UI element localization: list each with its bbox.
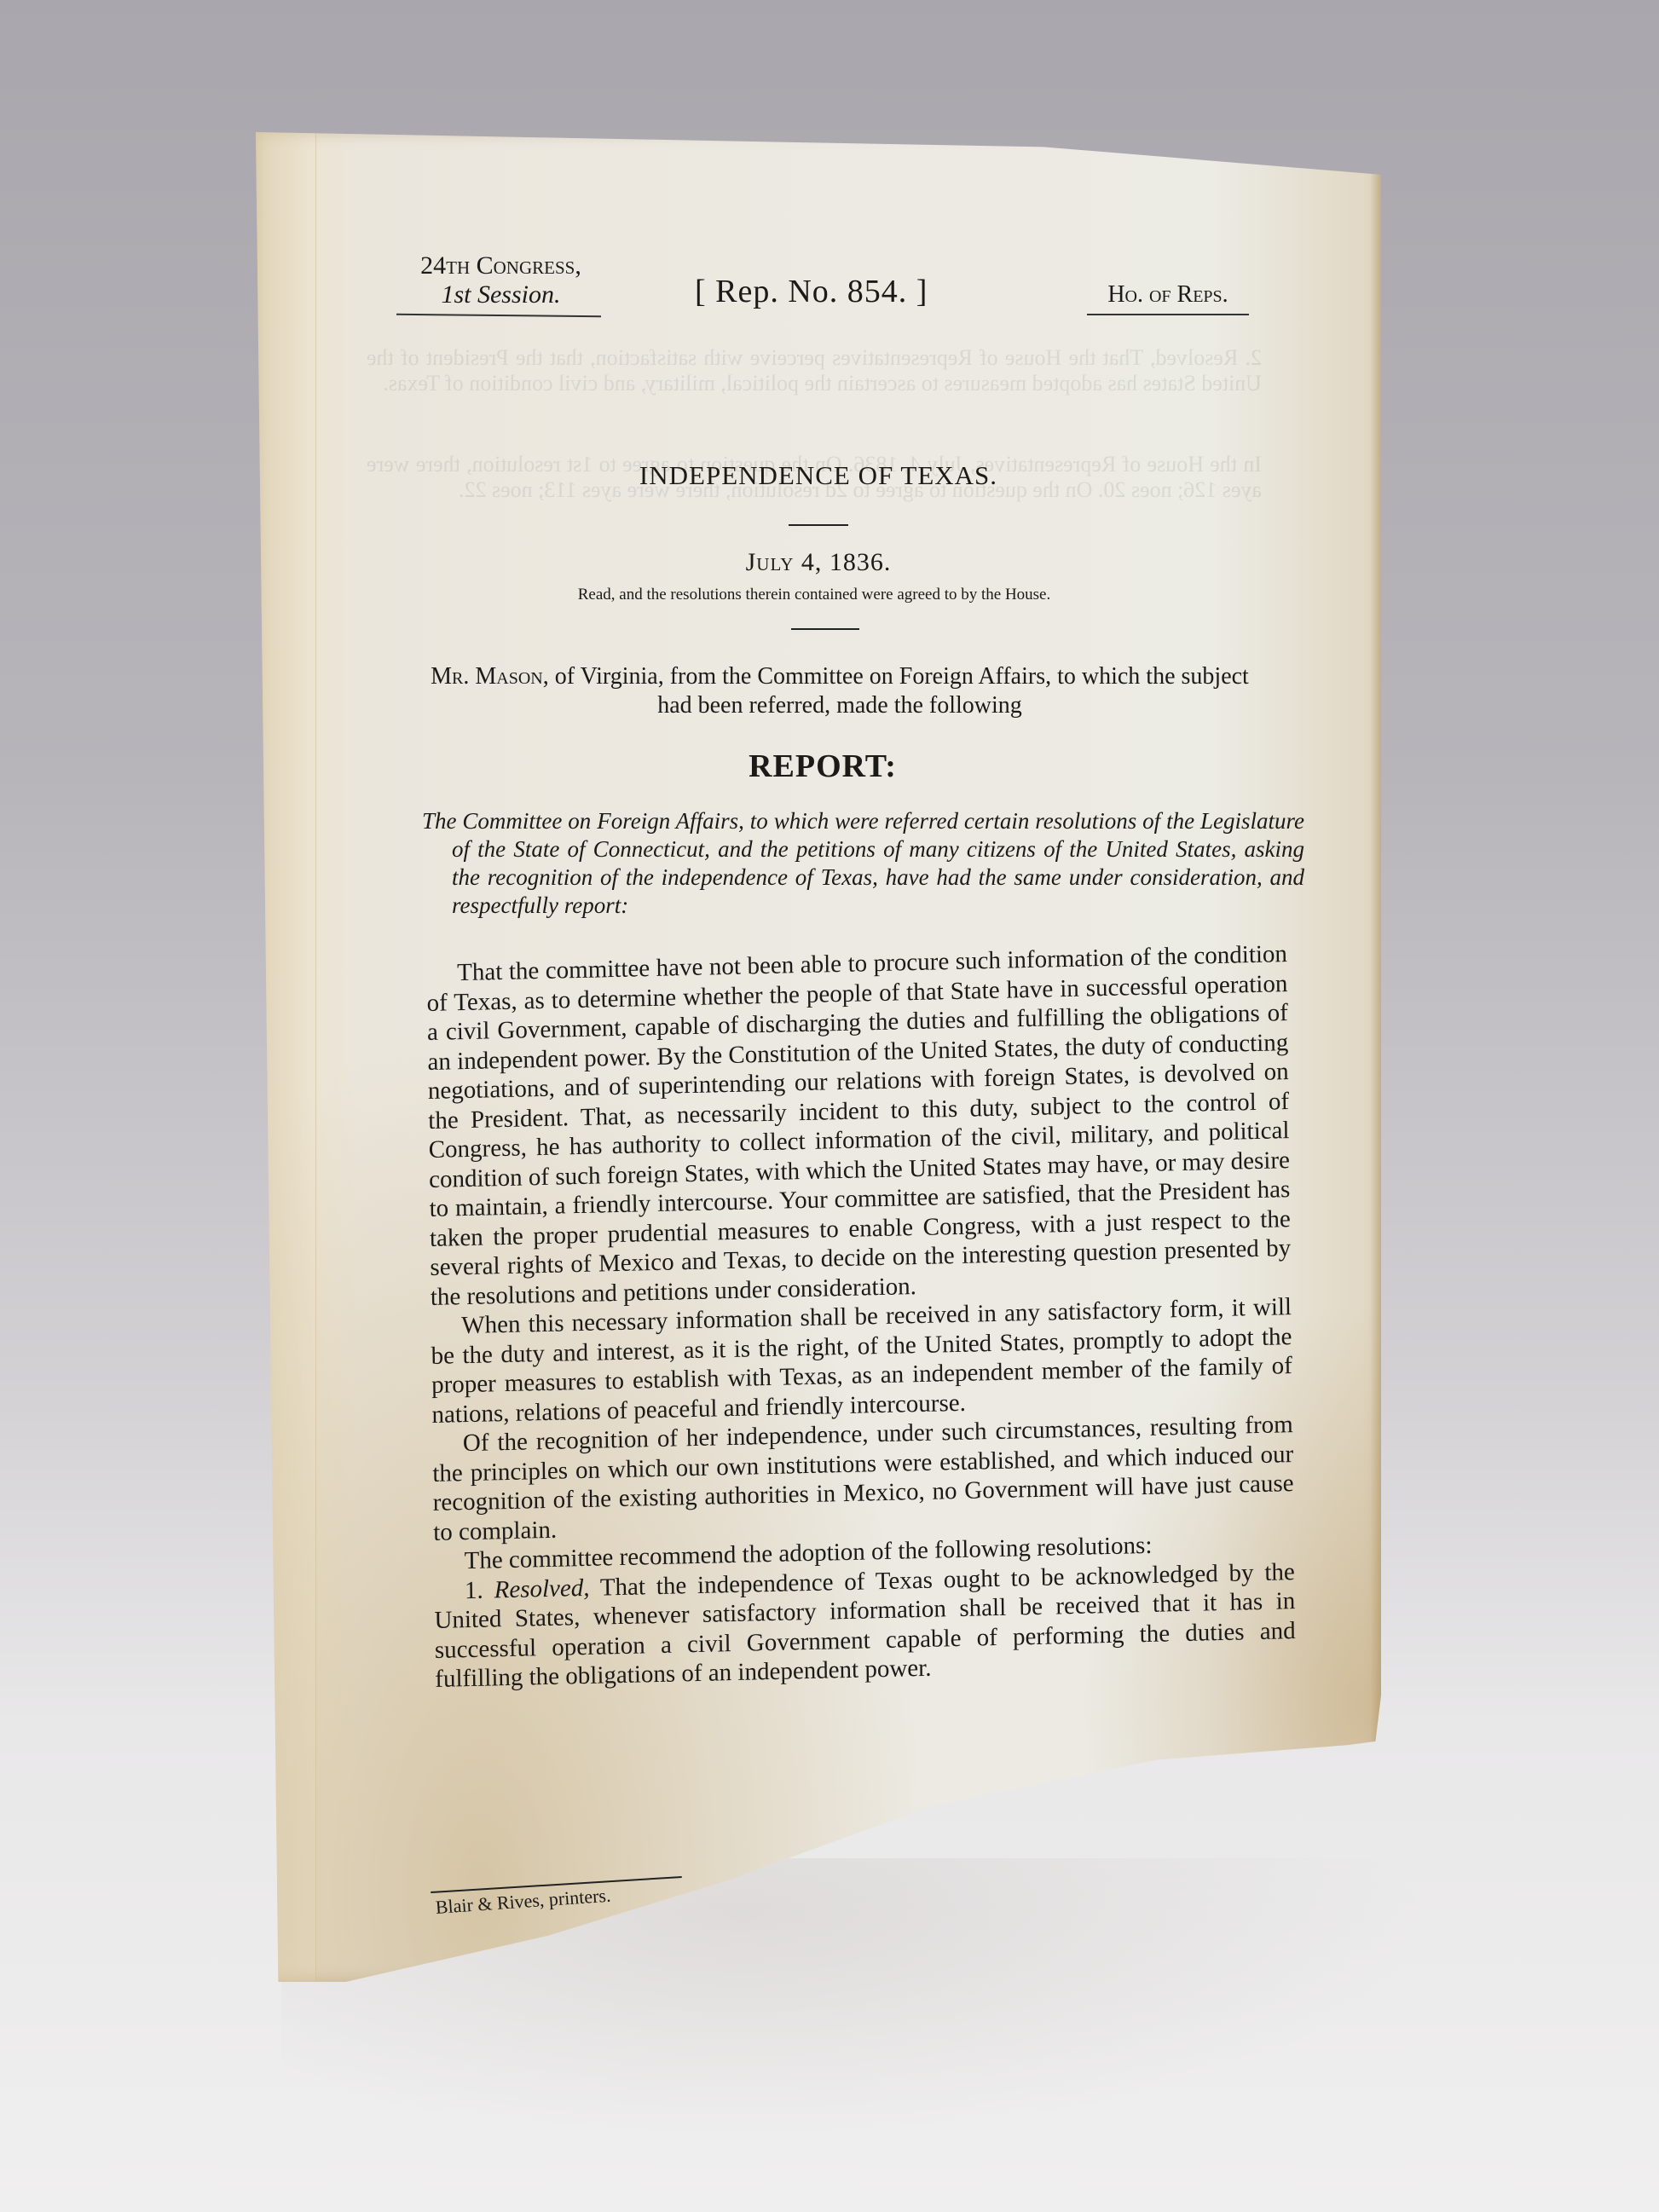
report-heading: REPORT: <box>256 748 1390 785</box>
date-divider <box>791 628 859 630</box>
resolution-number: 1. <box>465 1576 483 1603</box>
document-date: July 4, 1836. <box>256 548 1381 577</box>
chamber-label: Ho. of Reps. <box>1087 281 1249 309</box>
document-title: INDEPENDENCE OF TEXAS. <box>256 460 1381 491</box>
document-content: 24th Congress, 1st Session. [ Rep. No. 8… <box>256 132 1381 1982</box>
resolved-label: Resolved, <box>494 1574 589 1603</box>
congress-session: 24th Congress, 1st Session. <box>392 251 610 316</box>
resolution-1: 1. Resolved, That the independence of Te… <box>434 1557 1296 1695</box>
intro-text: , of Virginia, from the Committee on For… <box>543 663 1249 719</box>
intro-paragraph: Mr. Mason, of Virginia, from the Committ… <box>413 662 1266 720</box>
body-paragraph: That the committee have not been able to… <box>426 939 1292 1312</box>
chamber-block: Ho. of Reps. <box>1087 281 1249 315</box>
header-rule-left <box>396 314 601 318</box>
report-number: [ Rep. No. 854. ] <box>695 273 928 310</box>
speaker-name: Mr. Mason <box>431 663 543 690</box>
document-sheet: 2. Resolved, That the House of Represent… <box>256 132 1381 1982</box>
session-label: 1st Session. <box>392 280 610 309</box>
read-note: Read, and the resolutions therein contai… <box>256 586 1373 604</box>
congress-label: 24th Congress, <box>392 251 610 280</box>
body-paragraph: When this necessary information shall be… <box>431 1292 1292 1429</box>
committee-preamble: The Committee on Foreign Affairs, to whi… <box>422 807 1304 920</box>
header-rule-right <box>1087 314 1249 315</box>
title-divider <box>789 524 848 526</box>
body-paragraph: Of the recognition of her independence, … <box>432 1410 1294 1547</box>
report-body: That the committee have not been able to… <box>426 939 1296 1694</box>
